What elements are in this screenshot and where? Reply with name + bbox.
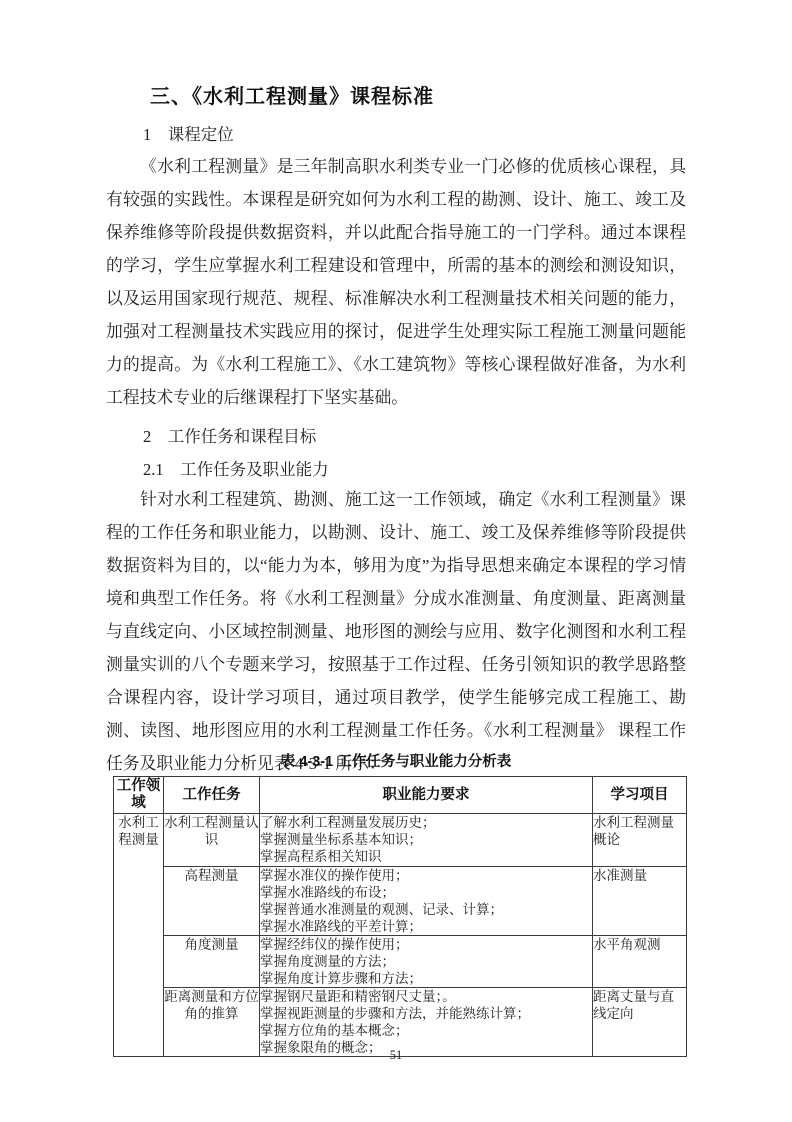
table-caption: 表 4-3-1 工作任务与职业能力分析表: [106, 750, 686, 771]
ability-line: 掌握水准仪的操作使用；: [260, 867, 592, 884]
ability-line: 掌握普通水准测量的观测、记录、计算；: [260, 901, 592, 918]
ability-line: 掌握方位角的基本概念；: [260, 1022, 592, 1039]
section-heading-2: 2 工作任务和课程目标: [106, 423, 686, 447]
work-domain-cell: 水利工程测量: [114, 814, 164, 1057]
ability-line: 掌握经纬仪的操作使用；: [260, 936, 592, 953]
project-cell: 水利工程测量概论: [593, 814, 687, 867]
table-row: 距离测量和方位角的推算 掌握钢尺量距和精密钢尺丈量；。 掌握视距测量的步骤和方法…: [114, 988, 687, 1057]
document-page: 三、《水利工程测量》课程标准 1 课程定位 《水利工程测量》是三年制高职水利类专…: [0, 0, 792, 1122]
task-cell: 角度测量: [164, 936, 260, 988]
header-ability-requirements: 职业能力要求: [260, 777, 593, 814]
table-header-row: 工作领域 工作任务 职业能力要求 学习项目: [114, 777, 687, 814]
project-cell: 水准测量: [593, 867, 687, 936]
header-learning-project: 学习项目: [593, 777, 687, 814]
ability-line: 掌握角度计算步骤和方法；: [260, 970, 592, 987]
table-row: 水利工程测量 水利工程测量认识 了解水利工程测量发展历史； 掌握测量坐标系基本知…: [114, 814, 687, 867]
task-cell: 距离测量和方位角的推算: [164, 988, 260, 1057]
section-heading-1: 1 课程定位: [106, 121, 686, 145]
page-number: 51: [0, 1048, 792, 1063]
ability-line: 掌握水准路线的布设；: [260, 884, 592, 901]
ability-line: 掌握高程系相关知识: [260, 848, 592, 865]
ability-line: 了解水利工程测量发展历史；: [260, 814, 592, 831]
paragraph-course-position: 《水利工程测量》是三年制高职水利类专业一门必修的优质核心课程，具有较强的实践性。…: [106, 150, 686, 414]
ability-line: 掌握角度测量的方法；: [260, 953, 592, 970]
ability-line: 掌握钢尺量距和精密钢尺丈量；。: [260, 988, 592, 1005]
header-work-task: 工作任务: [164, 777, 260, 814]
task-cell: 高程测量: [164, 867, 260, 936]
abilities-cell: 掌握钢尺量距和精密钢尺丈量；。 掌握视距测量的步骤和方法，并能熟练计算； 掌握方…: [260, 988, 593, 1057]
task-cell: 水利工程测量认识: [164, 814, 260, 867]
table-row: 高程测量 掌握水准仪的操作使用； 掌握水准路线的布设； 掌握普通水准测量的观测、…: [114, 867, 687, 936]
table-row: 角度测量 掌握经纬仪的操作使用； 掌握角度测量的方法； 掌握角度计算步骤和方法；…: [114, 936, 687, 988]
ability-line: 掌握测量坐标系基本知识；: [260, 831, 592, 848]
section-heading-2-1: 2.1 工作任务及职业能力: [106, 456, 686, 480]
abilities-cell: 掌握水准仪的操作使用； 掌握水准路线的布设； 掌握普通水准测量的观测、记录、计算…: [260, 867, 593, 936]
ability-line: 掌握水准路线的平差计算；: [260, 918, 592, 935]
paragraph-work-tasks: 针对水利工程建筑、勘测、施工这一工作领域，确定《水利工程测量》课程的工作任务和职…: [106, 483, 686, 780]
abilities-cell: 了解水利工程测量发展历史； 掌握测量坐标系基本知识； 掌握高程系相关知识: [260, 814, 593, 867]
header-work-domain: 工作领域: [114, 777, 164, 814]
page-title: 三、《水利工程测量》课程标准: [106, 80, 686, 109]
abilities-cell: 掌握经纬仪的操作使用； 掌握角度测量的方法； 掌握角度计算步骤和方法；: [260, 936, 593, 988]
project-cell: 距离丈量与直线定向: [593, 988, 687, 1057]
task-ability-table: 工作领域 工作任务 职业能力要求 学习项目 水利工程测量 水利工程测量认识 了解…: [113, 776, 687, 1057]
ability-line: 掌握视距测量的步骤和方法，并能熟练计算；: [260, 1005, 592, 1022]
project-cell: 水平角观测: [593, 936, 687, 988]
